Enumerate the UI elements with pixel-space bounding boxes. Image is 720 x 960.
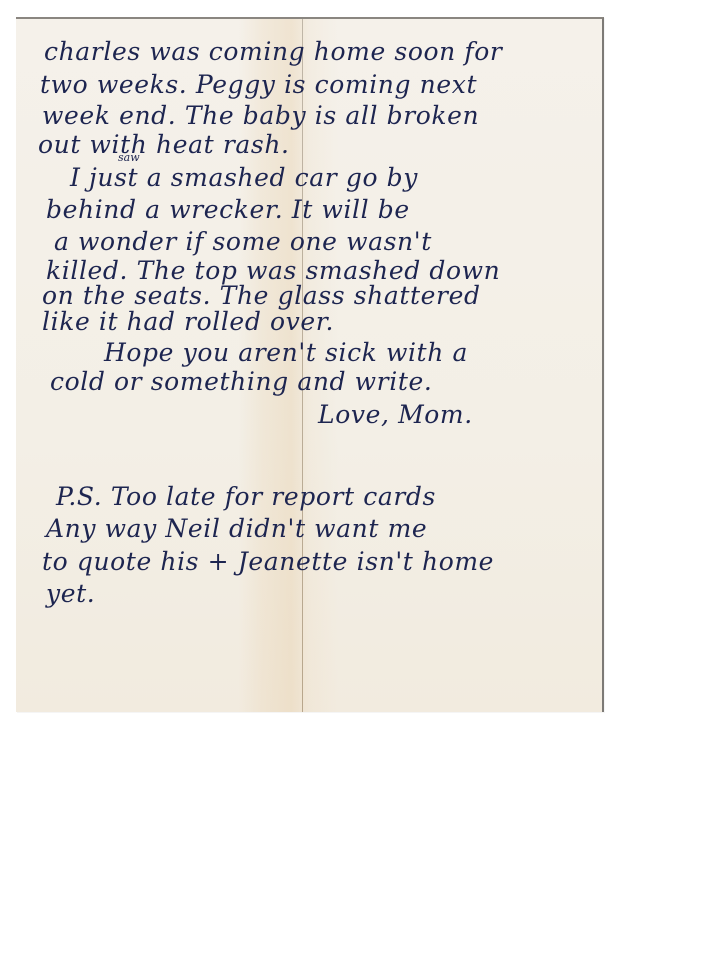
letter-line: week end. The baby is all broken bbox=[42, 103, 479, 128]
letter-line: Hope you aren't sick with a bbox=[104, 340, 468, 365]
letter-line: I just a smashed car go by bbox=[70, 165, 418, 190]
postscript-line: Any way Neil didn't want me bbox=[46, 516, 427, 541]
letter-line: charles was coming home soon for bbox=[44, 39, 502, 64]
letter-line: cold or something and write. bbox=[50, 369, 432, 394]
letter-line: a wonder if some one wasn't bbox=[54, 229, 432, 254]
letter-line: behind a wrecker. It will be bbox=[46, 197, 410, 222]
letter-line: on the seats. The glass shattered bbox=[42, 283, 481, 308]
letter-line: two weeks. Peggy is coming next bbox=[40, 72, 477, 97]
letter-closing: Love, Mom. bbox=[318, 402, 473, 427]
postscript-line: P.S. Too late for report cards bbox=[56, 484, 436, 509]
postscript-line: to quote his + Jeanette isn't home bbox=[42, 549, 494, 574]
letter-line: killed. The top was smashed down bbox=[46, 258, 500, 283]
letter-line: out with heat rash. bbox=[38, 132, 290, 157]
letter-page: charles was coming home soon for two wee… bbox=[16, 17, 604, 712]
letter-line: like it had rolled over. bbox=[42, 309, 334, 334]
postscript-line: yet. bbox=[46, 581, 95, 606]
